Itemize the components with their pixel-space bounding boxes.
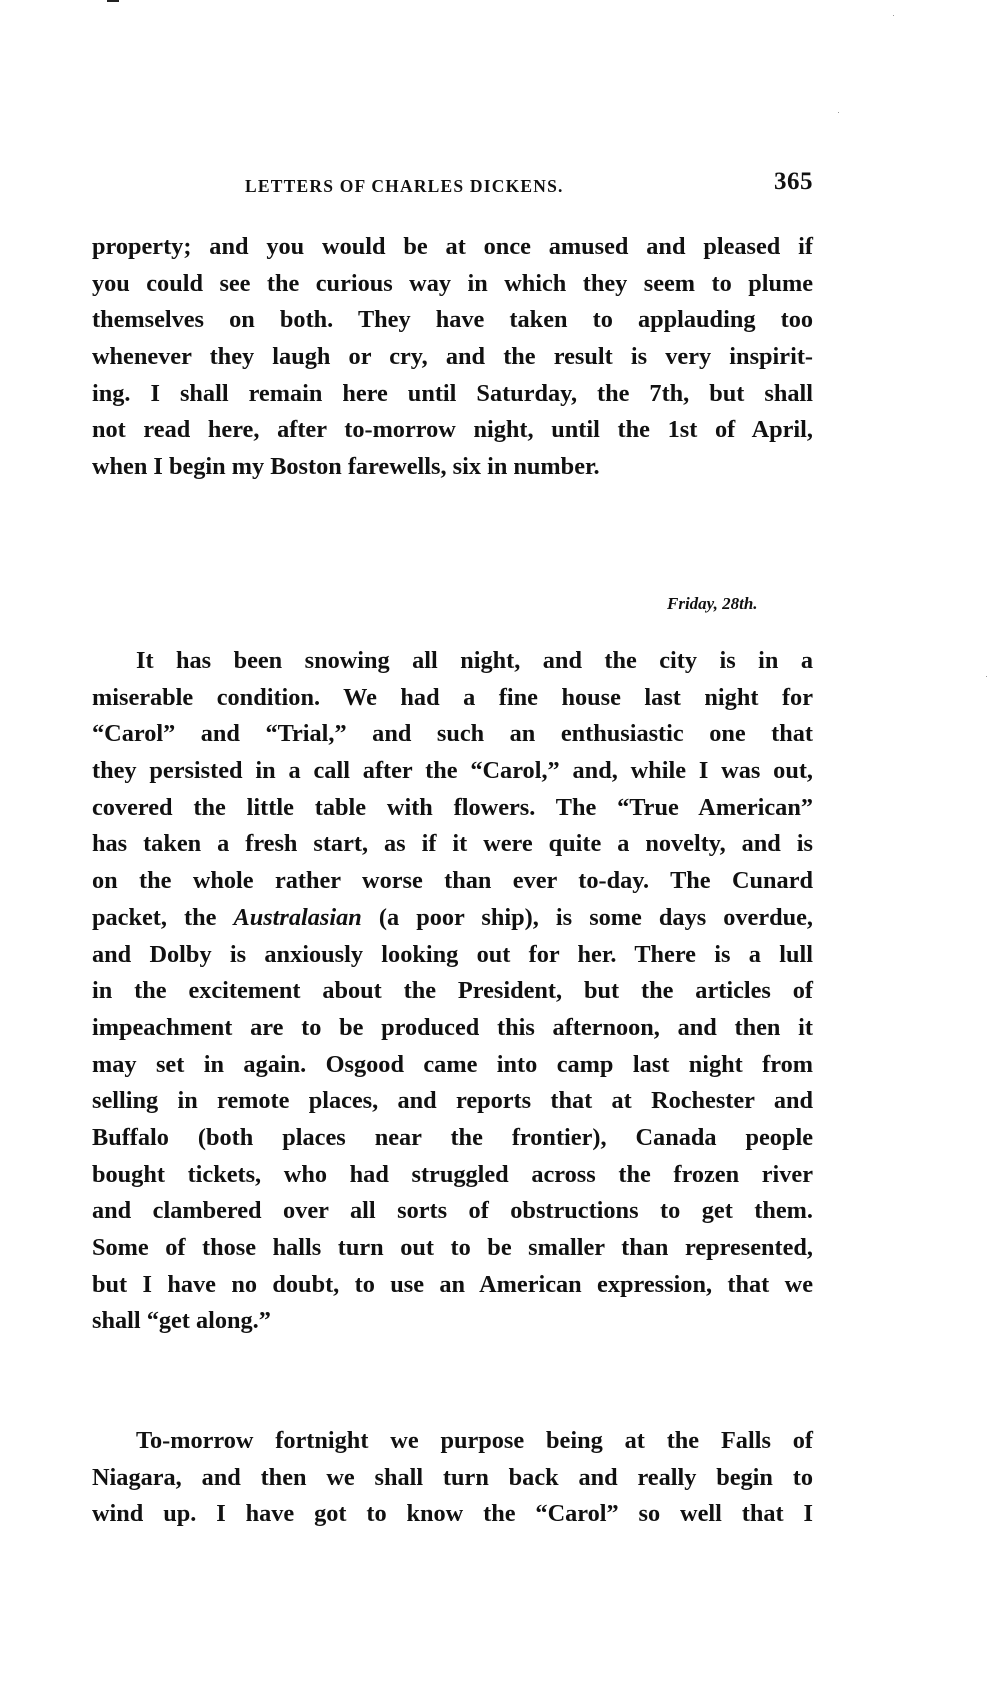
scan-mark bbox=[107, 0, 119, 2]
text-line: on the whole rather worse than ever to-d… bbox=[92, 863, 813, 900]
text-line: packet, the Australasian (a poor ship), … bbox=[92, 900, 813, 937]
running-head: LETTERS OF CHARLES DICKENS. 365 bbox=[245, 168, 813, 208]
letter-dateline: Friday, 28th. bbox=[667, 594, 758, 614]
text-line: and clambered over all sorts of obstruct… bbox=[92, 1193, 813, 1230]
text-line: whenever they laugh or cry, and the resu… bbox=[92, 339, 813, 376]
text-line: impeachment are to be produced this afte… bbox=[92, 1010, 813, 1047]
text-line: may set in again. Osgood came into camp … bbox=[92, 1047, 813, 1084]
text-line: To-morrow fortnight we purpose being at … bbox=[92, 1423, 813, 1460]
scan-speck bbox=[986, 676, 987, 677]
text-fragment: packet, the bbox=[92, 904, 216, 931]
text-line: bought tickets, who had struggled across… bbox=[92, 1157, 813, 1194]
running-title: LETTERS OF CHARLES DICKENS. bbox=[245, 176, 564, 197]
text-line: themselves on both. They have taken to a… bbox=[92, 302, 813, 339]
paragraph-niagara: To-morrow fortnight we purpose being at … bbox=[92, 1423, 813, 1533]
text-line: but I have no doubt, to use an American … bbox=[92, 1267, 813, 1304]
text-line: when I begin my Boston farewells, six in… bbox=[92, 449, 813, 486]
text-line: covered the little table with flowers. T… bbox=[92, 790, 813, 827]
paragraph-continued: property; and you would be at once amuse… bbox=[92, 229, 813, 486]
text-line: It has been snowing all night, and the c… bbox=[92, 643, 813, 680]
text-line: shall “get along.” bbox=[92, 1303, 813, 1340]
text-line: you could see the curious way in which t… bbox=[92, 266, 813, 303]
text-line: wind up. I have got to know the “Carol” … bbox=[92, 1496, 813, 1533]
text-line: in the excitement about the President, b… bbox=[92, 973, 813, 1010]
text-line: has taken a fresh start, as if it were q… bbox=[92, 826, 813, 863]
text-line: Niagara, and then we shall turn back and… bbox=[92, 1460, 813, 1497]
text-line: Buffalo (both places near the frontier),… bbox=[92, 1120, 813, 1157]
scan-speck bbox=[893, 15, 894, 16]
text-line: Some of those halls turn out to be small… bbox=[92, 1230, 813, 1267]
text-line: property; and you would be at once amuse… bbox=[92, 229, 813, 266]
text-line: miserable condition. We had a fine house… bbox=[92, 680, 813, 717]
text-line: they persisted in a call after the “Caro… bbox=[92, 753, 813, 790]
text-line: ing. I shall remain here until Saturday,… bbox=[92, 376, 813, 413]
ship-name: Australasian bbox=[233, 904, 361, 931]
page-number: 365 bbox=[774, 168, 813, 196]
scan-speck bbox=[838, 112, 839, 113]
text-line: not read here, after to-morrow night, un… bbox=[92, 412, 813, 449]
paragraph-friday: It has been snowing all night, and the c… bbox=[92, 643, 813, 1340]
text-line: selling in remote places, and reports th… bbox=[92, 1083, 813, 1120]
text-line: “Carol” and “Trial,” and such an enthusi… bbox=[92, 716, 813, 753]
text-fragment: (a poor ship), is some days overdue, bbox=[379, 904, 813, 931]
text-line: and Dolby is anxiously looking out for h… bbox=[92, 937, 813, 974]
